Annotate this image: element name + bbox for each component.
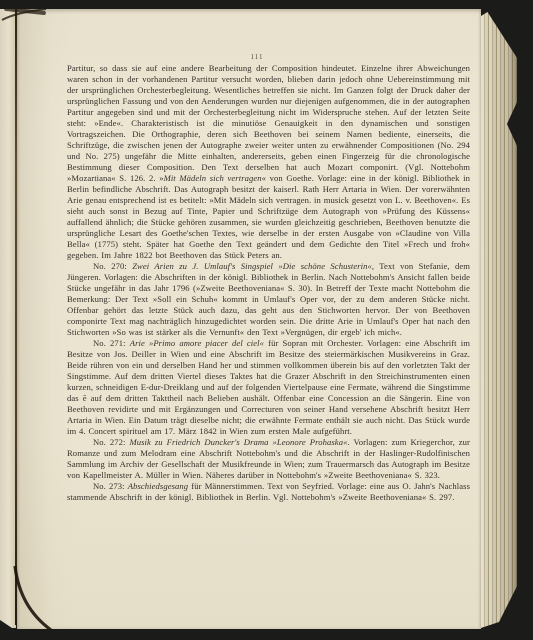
italic-run: Zwei Arien zu J. Umlauf's Singspiel »Die… xyxy=(132,261,372,271)
scan-border-bottom xyxy=(0,629,533,640)
text-block: Partitur, so dass sie auf eine andere Be… xyxy=(67,63,470,503)
text-run: No. 270: xyxy=(93,261,132,271)
book-scan: 111 Partitur, so dass sie auf eine ander… xyxy=(0,0,533,640)
italic-run: Abschiedsgesang xyxy=(128,481,188,491)
page-number: 111 xyxy=(222,53,292,61)
fore-edge-page-stack xyxy=(481,12,517,628)
paragraph: No. 272: Musik zu Friedrich Duncker's Dr… xyxy=(67,437,470,481)
text-run: No. 272: xyxy=(93,437,129,447)
paragraph: No. 273: Abschiedsgesang für Männerstimm… xyxy=(67,481,470,503)
text-run: « von Goethe. Vorlage: eine in der könig… xyxy=(67,173,470,260)
italic-run: Musik zu Friedrich Duncker's Drama »Leon… xyxy=(129,437,347,447)
italic-run: Mit Mädeln sich vertragen xyxy=(164,173,262,183)
paragraph: Partitur, so dass sie auf eine andere Be… xyxy=(67,63,470,261)
scan-border-right xyxy=(517,0,533,640)
scan-border-top xyxy=(0,0,533,9)
paragraph: No. 270: Zwei Arien zu J. Umlauf's Sings… xyxy=(67,261,470,338)
text-run: No. 271: xyxy=(93,338,130,348)
book-page: 111 Partitur, so dass sie auf eine ander… xyxy=(17,9,481,631)
text-run: , Text von Stefanie, dem Jüngeren. Vorla… xyxy=(67,261,470,337)
text-run: für Sopran mit Orchester. Vorlagen: eine… xyxy=(67,338,470,436)
paragraph: No. 271: Arie »Primo amore piacer del ci… xyxy=(67,338,470,437)
text-run: No. 273: xyxy=(93,481,128,491)
facing-page-edge xyxy=(0,9,16,628)
italic-run: Arie »Primo amore piacer del ciel« xyxy=(130,338,264,348)
text-run: Partitur, so dass sie auf eine andere Be… xyxy=(67,63,470,183)
